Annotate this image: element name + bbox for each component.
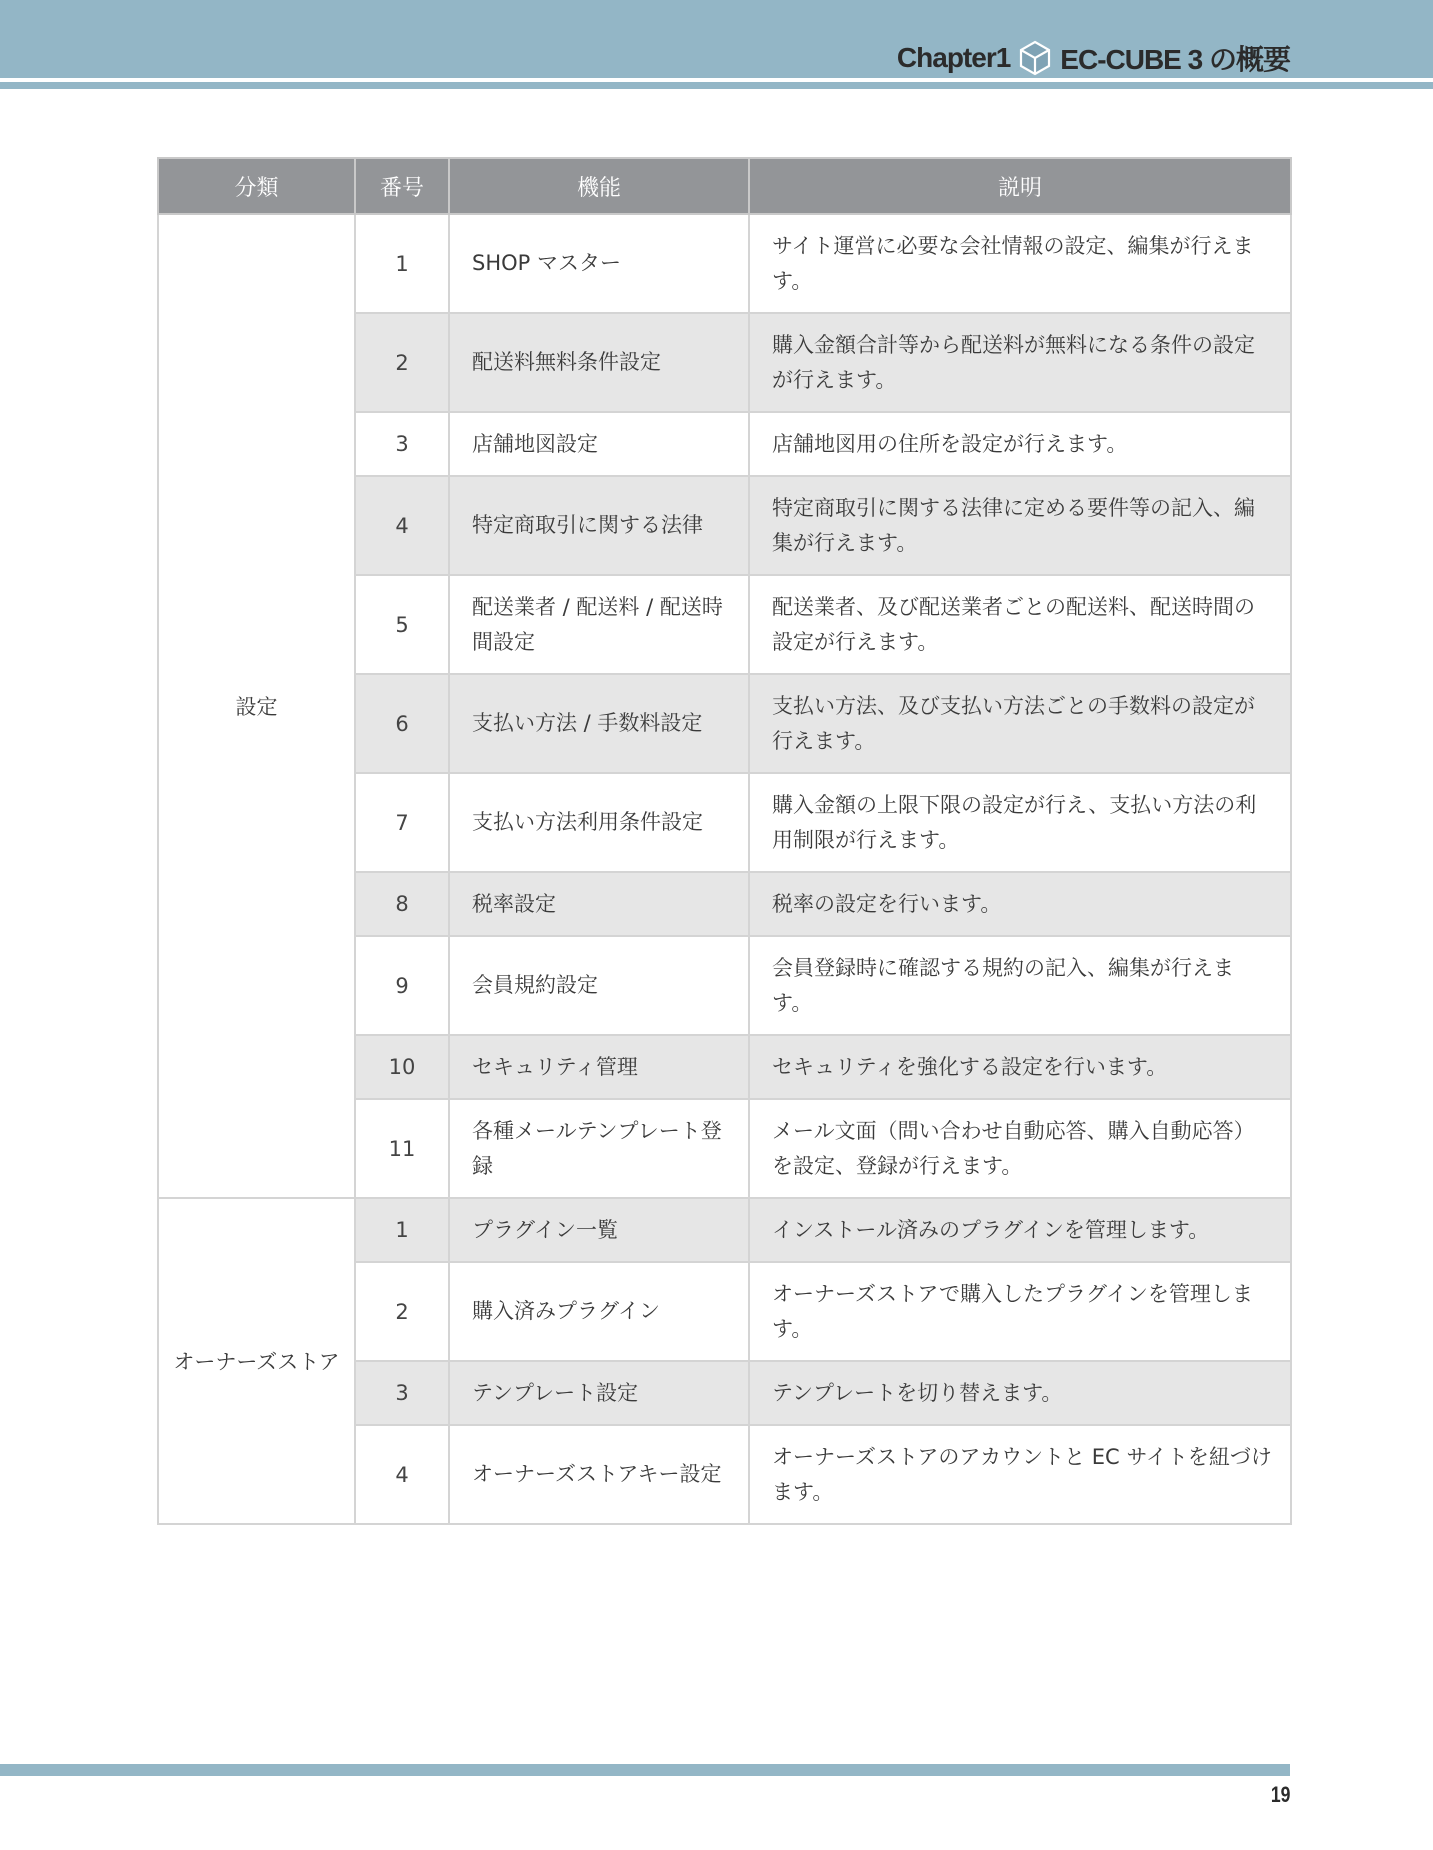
- description-cell: 配送業者、及び配送業者ごとの配送料、配送時間の設定が行えます。: [749, 575, 1291, 674]
- function-cell: 特定商取引に関する法律: [449, 476, 749, 575]
- description-cell: 特定商取引に関する法律に定める要件等の記入、編集が行えます。: [749, 476, 1291, 575]
- cube-icon: [1018, 40, 1052, 76]
- number-cell: 4: [355, 476, 449, 575]
- header-rule: [0, 82, 1433, 89]
- function-cell: 支払い方法 / 手数料設定: [449, 674, 749, 773]
- number-cell: 9: [355, 936, 449, 1035]
- description-cell: オーナーズストアのアカウントと EC サイトを紐づけます。: [749, 1425, 1291, 1524]
- description-cell: テンプレートを切り替えます。: [749, 1361, 1291, 1425]
- table-row: オーナーズストア 1 プラグイン一覧 インストール済みのプラグインを管理します。: [158, 1198, 1291, 1262]
- category-cell: オーナーズストア: [158, 1198, 355, 1524]
- description-cell: セキュリティを強化する設定を行います。: [749, 1035, 1291, 1099]
- number-cell: 4: [355, 1425, 449, 1524]
- column-header-number: 番号: [355, 158, 449, 214]
- number-cell: 6: [355, 674, 449, 773]
- chapter-title: Chapter1 EC-CUBE 3 の概要: [897, 38, 1290, 78]
- description-cell: 購入金額合計等から配送料が無料になる条件の設定が行えます。: [749, 313, 1291, 412]
- function-cell: プラグイン一覧: [449, 1198, 749, 1262]
- function-cell: 会員規約設定: [449, 936, 749, 1035]
- number-cell: 8: [355, 872, 449, 936]
- description-cell: 税率の設定を行います。: [749, 872, 1291, 936]
- chapter-label: Chapter1: [897, 42, 1010, 74]
- number-cell: 2: [355, 313, 449, 412]
- column-header-category: 分類: [158, 158, 355, 214]
- function-cell: 店舗地図設定: [449, 412, 749, 476]
- category-cell: 設定: [158, 214, 355, 1198]
- description-cell: サイト運営に必要な会社情報の設定、編集が行えます。: [749, 214, 1291, 313]
- description-cell: 購入金額の上限下限の設定が行え、支払い方法の利用制限が行えます。: [749, 773, 1291, 872]
- function-cell: 配送料無料条件設定: [449, 313, 749, 412]
- number-cell: 3: [355, 1361, 449, 1425]
- number-cell: 5: [355, 575, 449, 674]
- table-header-row: 分類 番号 機能 説明: [158, 158, 1291, 214]
- function-cell: 税率設定: [449, 872, 749, 936]
- description-cell: 会員登録時に確認する規約の記入、編集が行えます。: [749, 936, 1291, 1035]
- column-header-function: 機能: [449, 158, 749, 214]
- number-cell: 10: [355, 1035, 449, 1099]
- table-row: 設定 1 SHOP マスター サイト運営に必要な会社情報の設定、編集が行えます。: [158, 214, 1291, 313]
- footer-bar: [0, 1764, 1290, 1776]
- function-cell: 支払い方法利用条件設定: [449, 773, 749, 872]
- description-cell: 支払い方法、及び支払い方法ごとの手数料の設定が行えます。: [749, 674, 1291, 773]
- chapter-heading: EC-CUBE 3 の概要: [1060, 38, 1290, 78]
- function-cell: セキュリティ管理: [449, 1035, 749, 1099]
- function-cell: 購入済みプラグイン: [449, 1262, 749, 1361]
- function-cell: 配送業者 / 配送料 / 配送時間設定: [449, 575, 749, 674]
- function-cell: テンプレート設定: [449, 1361, 749, 1425]
- function-cell: オーナーズストアキー設定: [449, 1425, 749, 1524]
- column-header-description: 説明: [749, 158, 1291, 214]
- function-cell: 各種メールテンプレート登録: [449, 1099, 749, 1198]
- description-cell: メール文面（問い合わせ自動応答、購入自動応答）を設定、登録が行えます。: [749, 1099, 1291, 1198]
- number-cell: 11: [355, 1099, 449, 1198]
- number-cell: 2: [355, 1262, 449, 1361]
- number-cell: 7: [355, 773, 449, 872]
- description-cell: オーナーズストアで購入したプラグインを管理します。: [749, 1262, 1291, 1361]
- page-number: 19: [1270, 1782, 1290, 1808]
- description-cell: 店舗地図用の住所を設定が行えます。: [749, 412, 1291, 476]
- number-cell: 1: [355, 214, 449, 313]
- description-cell: インストール済みのプラグインを管理します。: [749, 1198, 1291, 1262]
- number-cell: 3: [355, 412, 449, 476]
- feature-table: 分類 番号 機能 説明 設定 1 SHOP マスター サイト運営に必要な会社情報…: [157, 157, 1292, 1525]
- function-cell: SHOP マスター: [449, 214, 749, 313]
- number-cell: 1: [355, 1198, 449, 1262]
